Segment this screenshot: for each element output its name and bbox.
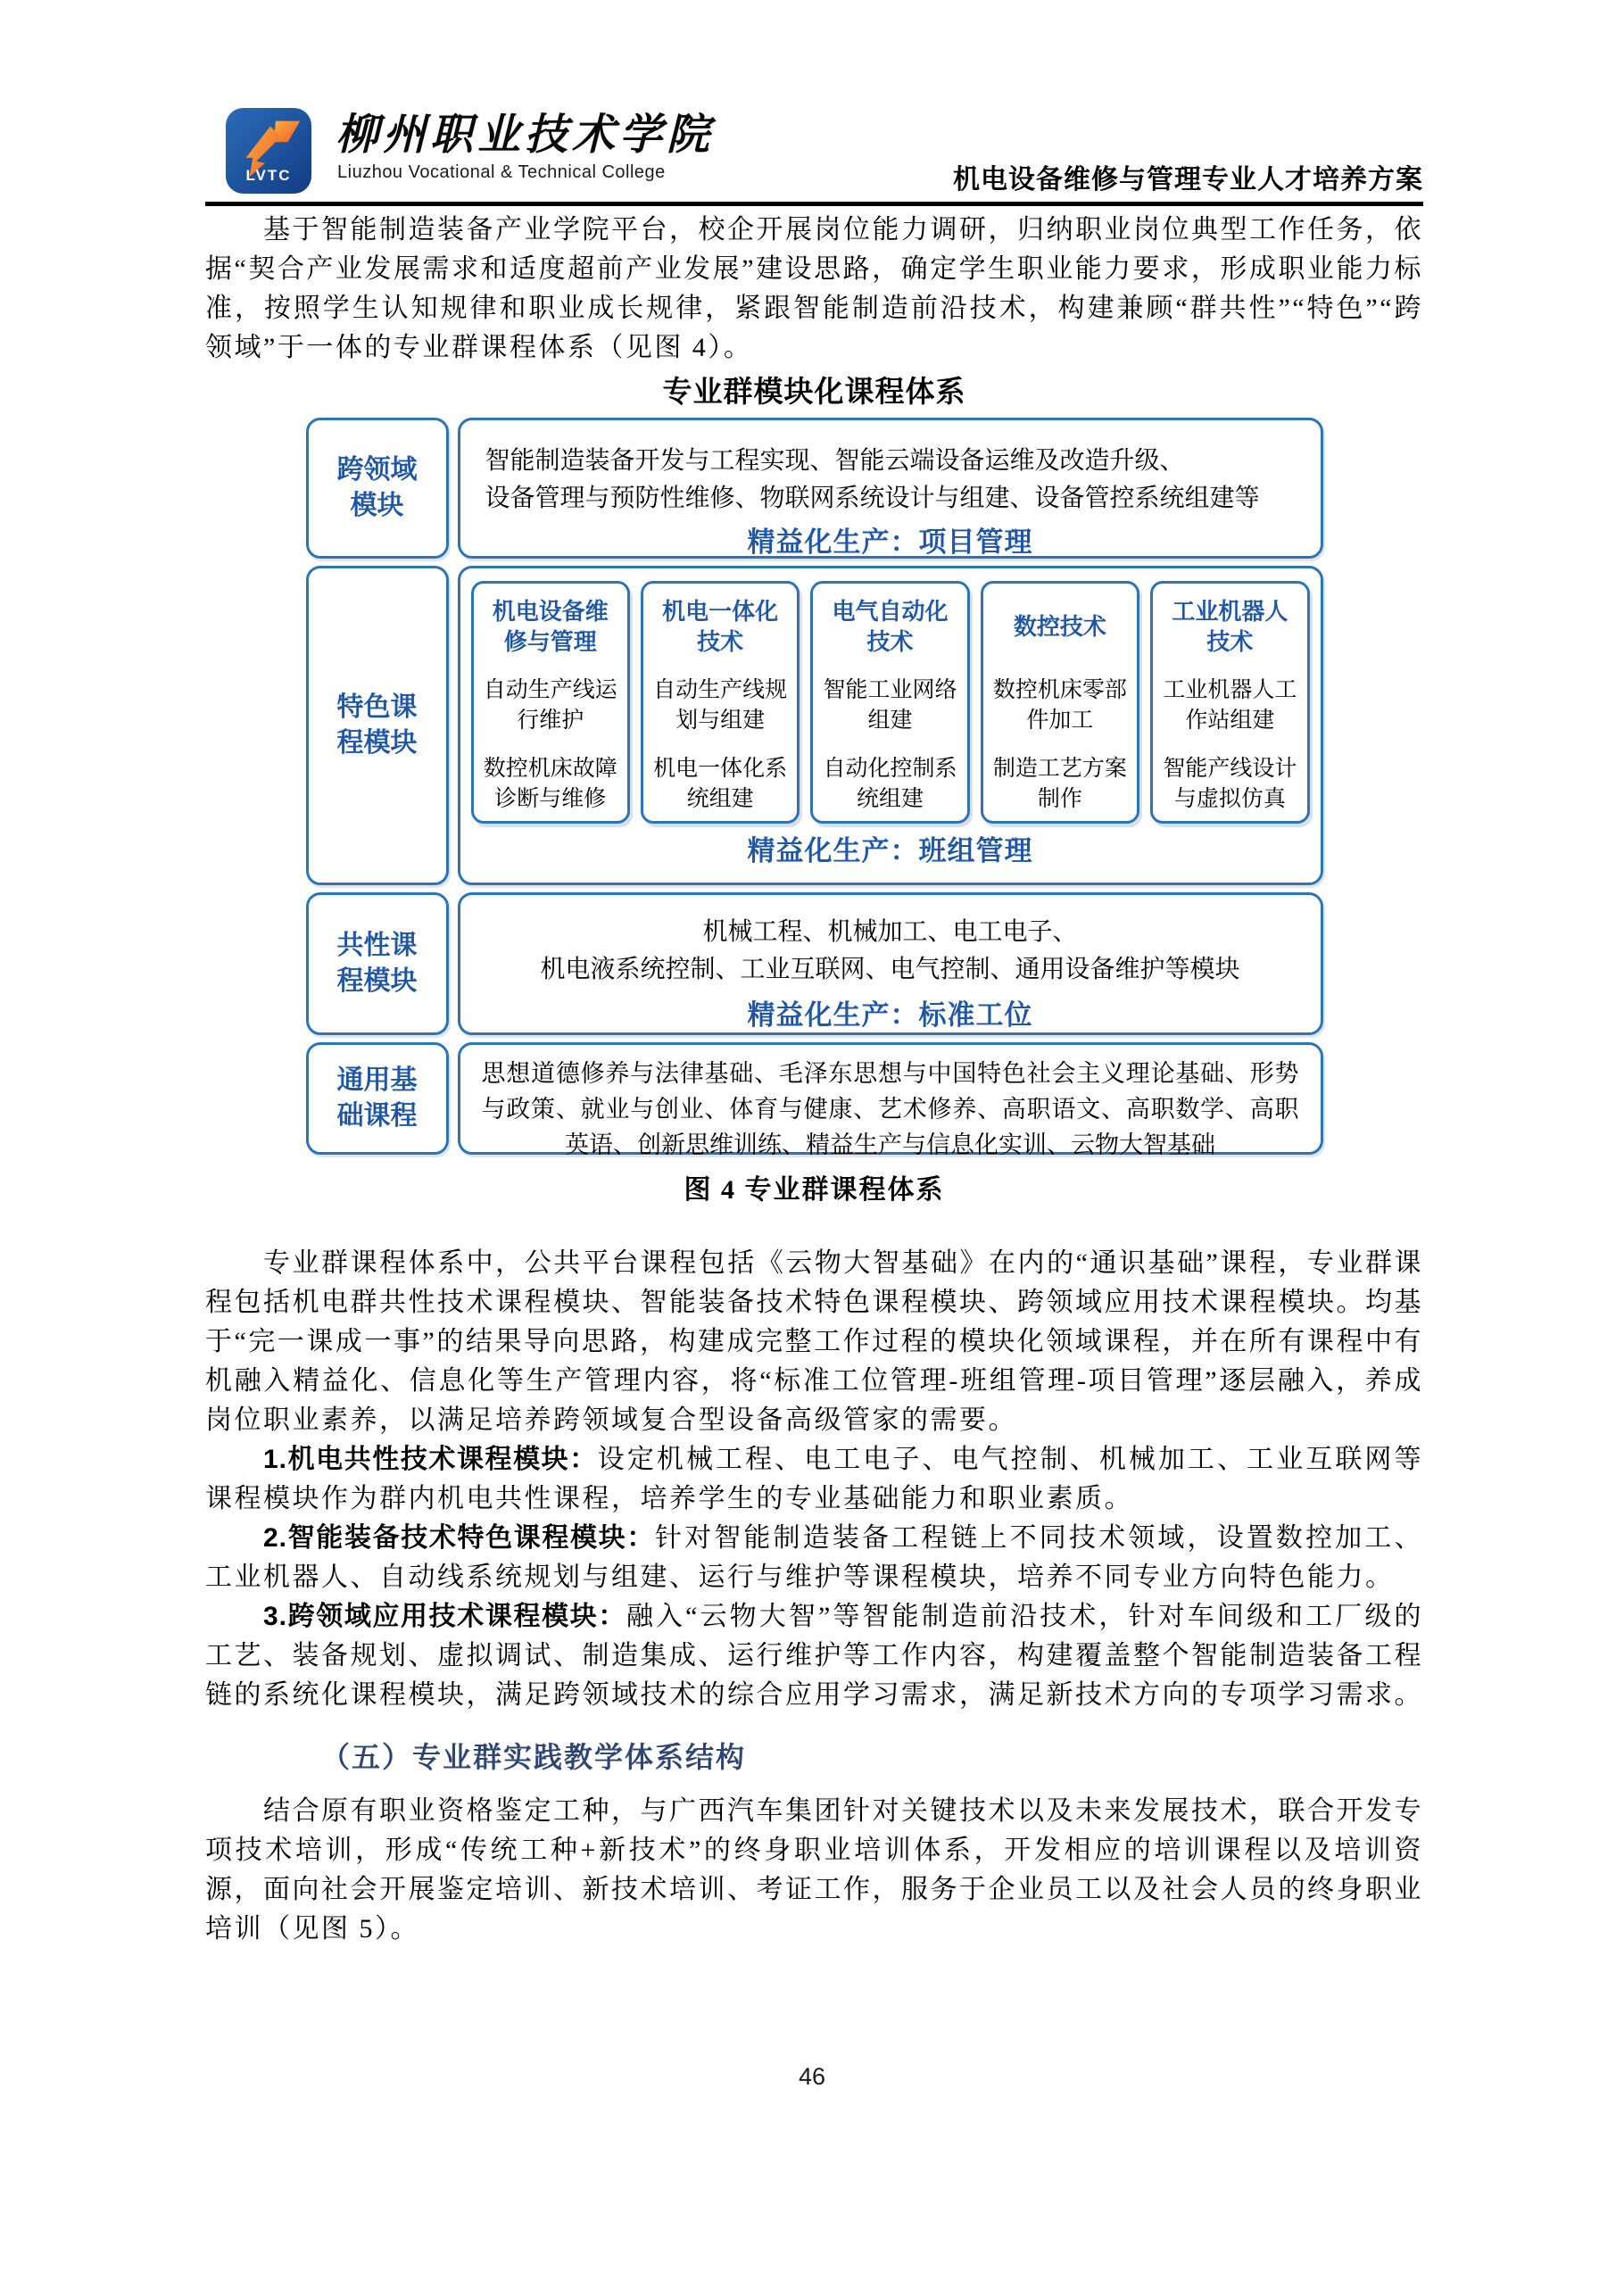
specialty-cards: 机电设备维修与管理 自动生产线运行维护 数控机床故障诊断与维修 机电一体化技术 … xyxy=(471,581,1310,824)
figure-caption: 图 4 专业群课程体系 xyxy=(306,1167,1323,1206)
college-name-cn: 柳州职业技术学院 xyxy=(336,100,714,162)
logo-abbr-label: LVTC xyxy=(225,167,312,185)
page-header: LVTC 柳州职业技术学院 Liuzhou Vocational & Techn… xyxy=(205,100,1423,198)
college-logo: LVTC xyxy=(225,107,312,195)
row-label-line: 通用基 xyxy=(337,1063,418,1098)
specialty-card: 机电一体化技术 自动生产线规划与组建 机电一体化系统组建 xyxy=(641,581,800,824)
row-cross-domain-module: 跨领域 模块 智能制造装备开发与工程实现、智能云端设备运维及改造升级、 设备管理… xyxy=(306,418,1323,559)
figure-title: 专业群模块化课程体系 xyxy=(306,373,1323,410)
document-page: LVTC 柳州职业技术学院 Liuzhou Vocational & Techn… xyxy=(0,0,1624,2296)
section-heading: （五）专业群实践教学体系结构 xyxy=(205,1735,1423,1776)
row-label-line: 础课程 xyxy=(337,1098,418,1134)
paragraph-lead: 3.跨领域应用技术课程模块： xyxy=(263,1602,626,1631)
row-content-specialty: 机电设备维修与管理 自动生产线运行维护 数控机床故障诊断与维修 机电一体化技术 … xyxy=(458,566,1323,885)
course-list-line: 智能制造装备开发与工程实现、智能云端设备运维及改造升级、 xyxy=(485,442,1296,479)
paragraph-lead: 2.智能装备技术特色课程模块： xyxy=(263,1523,655,1553)
card-item: 工业机器人工作站组建 xyxy=(1156,675,1303,735)
paragraph-module-3: 3.跨领域应用技术课程模块：融入“云物大智”等智能制造前沿技术，针对车间级和工厂… xyxy=(205,1597,1423,1715)
doc-title: 机电设备维修与管理专业人才培养方案 xyxy=(953,157,1423,196)
row-label-line: 模块 xyxy=(351,488,404,524)
page-number: 46 xyxy=(0,2063,1624,2091)
paragraph-module-1: 1.机电共性技术课程模块：设定机械工程、电工电子、电气控制、机械加工、工业互联网… xyxy=(205,1440,1423,1519)
lean-production-footer: 精益化生产：标准工位 xyxy=(478,999,1303,1032)
row-content-general: 思想道德修养与法律基础、毛泽东思想与中国特色社会主义理论基础、形势与政策、就业与… xyxy=(458,1042,1323,1155)
card-item: 自动生产线运行维护 xyxy=(477,675,624,735)
card-title: 机电设备维修与管理 xyxy=(489,596,612,657)
card-title: 数控技术 xyxy=(1014,596,1106,657)
row-content-cross-domain: 智能制造装备开发与工程实现、智能云端设备运维及改造升级、 设备管理与预防性维修、… xyxy=(458,418,1323,559)
card-item: 数控机床零部件加工 xyxy=(987,675,1133,735)
course-list-line: 机电液系统控制、工业互联网、电气控制、通用设备维护等模块 xyxy=(478,950,1303,988)
lean-production-footer: 精益化生产：项目管理 xyxy=(485,526,1296,559)
course-list-line: 机械工程、机械加工、电工电子、 xyxy=(478,913,1303,950)
course-list-line: 设备管理与预防性维修、物联网系统设计与组建、设备管控系统组建等 xyxy=(485,479,1296,517)
header-divider xyxy=(205,202,1423,206)
row-content-common: 机械工程、机械加工、电工电子、 机电液系统控制、工业互联网、电气控制、通用设备维… xyxy=(458,892,1323,1035)
specialty-card: 数控技术 数控机床零部件加工 制造工艺方案制作 xyxy=(981,581,1139,824)
row-specialty-module: 特色课 程模块 机电设备维修与管理 自动生产线运行维护 数控机床故障诊断与维修 … xyxy=(306,566,1323,885)
card-title: 电气自动化技术 xyxy=(829,596,952,657)
row-common-module: 共性课 程模块 机械工程、机械加工、电工电子、 机电液系统控制、工业互联网、电气… xyxy=(306,892,1323,1035)
row-label-line: 程模块 xyxy=(337,964,418,999)
college-name-en: Liuzhou Vocational & Technical College xyxy=(337,162,666,183)
lean-production-footer: 精益化生产：班组管理 xyxy=(471,834,1310,868)
specialty-card: 工业机器人技术 工业机器人工作站组建 智能产线设计与虚拟仿真 xyxy=(1150,581,1309,824)
row-label-general: 通用基 础课程 xyxy=(306,1042,449,1155)
row-label-specialty: 特色课 程模块 xyxy=(306,566,449,885)
card-item: 智能工业网络组建 xyxy=(816,675,963,735)
paragraph-course-system: 专业群课程体系中，公共平台课程包括《云物大智基础》在内的“通识基础”课程，专业群… xyxy=(205,1244,1423,1440)
specialty-card: 机电设备维修与管理 自动生产线运行维护 数控机床故障诊断与维修 xyxy=(471,581,630,824)
card-item: 数控机床故障诊断与维修 xyxy=(477,753,624,814)
row-label-common: 共性课 程模块 xyxy=(306,892,449,1035)
specialty-card: 电气自动化技术 智能工业网络组建 自动化控制系统组建 xyxy=(810,581,969,824)
card-item: 机电一体化系统组建 xyxy=(647,753,793,814)
row-label-line: 程模块 xyxy=(337,725,418,761)
intro-paragraph: 基于智能制造装备产业学院平台，校企开展岗位能力调研，归纳职业岗位典型工作任务，依… xyxy=(205,211,1423,368)
row-general-basic: 通用基 础课程 思想道德修养与法律基础、毛泽东思想与中国特色社会主义理论基础、形… xyxy=(306,1042,1323,1155)
paragraph-module-2: 2.智能装备技术特色课程模块：针对智能制造装备工程链上不同技术领域，设置数控加工… xyxy=(205,1519,1423,1597)
card-item: 智能产线设计与虚拟仿真 xyxy=(1156,753,1303,814)
card-title: 工业机器人技术 xyxy=(1168,596,1291,657)
row-label-line: 特色课 xyxy=(337,690,418,725)
closing-paragraph: 结合原有职业资格鉴定工种，与广西汽车集团针对关键技术以及未来发展技术，联合开发专… xyxy=(205,1792,1423,1949)
row-label-line: 共性课 xyxy=(337,928,418,964)
card-title: 机电一体化技术 xyxy=(659,596,782,657)
card-item: 自动化控制系统组建 xyxy=(816,753,963,814)
card-item: 制造工艺方案制作 xyxy=(987,753,1133,814)
paragraph-lead: 1.机电共性技术课程模块： xyxy=(263,1445,598,1474)
row-label-line: 跨领域 xyxy=(337,452,418,488)
course-list-text: 思想道德修养与法律基础、毛泽东思想与中国特色社会主义理论基础、形势与政策、就业与… xyxy=(482,1056,1299,1163)
page-content: 基于智能制造装备产业学院平台，校企开展岗位能力调研，归纳职业岗位典型工作任务，依… xyxy=(205,211,1423,1949)
card-item: 自动生产线规划与组建 xyxy=(647,675,793,735)
figure-4-diagram: 专业群模块化课程体系 跨领域 模块 智能制造装备开发与工程实现、智能云端设备运维… xyxy=(306,373,1323,1206)
row-label-cross-domain: 跨领域 模块 xyxy=(306,418,449,559)
